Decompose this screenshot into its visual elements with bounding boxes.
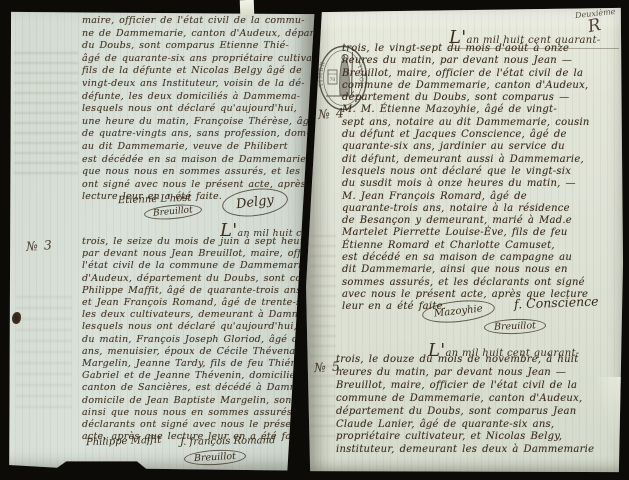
manuscript-line: M. M. Étienne Mazoyhie, âgé de vingt- [342,104,620,116]
manuscript-line: et Jean François Romand, âgé de trente-s… [82,297,322,309]
signature-breuillot: Breuillot [184,448,247,466]
manuscript-line: département du Doubs, sont comparus Jean [336,406,622,419]
manuscript-line: est décédé en sa maison de campagne au [342,252,620,264]
manuscript-line: ans, menuisier, époux de Cécile Thévenan… [82,346,322,358]
manuscript-line: dit défunt, demeurant aussi à Dammemarie… [342,154,620,166]
manuscript-line: est décédée en sa maison de Dammemarie a… [82,154,318,167]
right-page: Deuxième R TIMBRE ROYAL 70 № 4 [306,7,623,473]
page-corner-curl [597,377,623,473]
manuscript-line: Breuillot, maire, officier de l'état civ… [342,68,620,80]
manuscript-line: au dit Dammemarie, veuve de Philibert [82,141,318,154]
manuscript-line: sept ans, notaire au dit Dammemarie, cou… [342,117,620,129]
manuscript-line: ont signé avec nous le présent acte, apr… [82,179,318,192]
manuscript-line: Margelin, Jeanne Tardy, fils de feu Thié… [82,358,322,370]
manuscript-line: de Besançon y demeurant, marié à Mad.e [342,215,620,227]
manuscript-line: fils de la défunte et Nicolas Belgy âgé … [82,65,318,78]
manuscript-line: âgé de quarante-six ans propriétaire cul… [82,53,318,66]
manuscript-line: propriétaire cultivateur, et Nicolas Bel… [336,431,622,444]
manuscript-line: du matin, François Joseph Gloriod, âgé d… [82,334,322,346]
manuscript-line: quarante-trois ans, notaire à la résiden… [342,203,620,215]
svg-text:TIMBRE: TIMBRE [317,43,327,87]
signature-philippe-maffit: Philippe Maffit [86,435,162,449]
ink-blot [12,312,21,324]
manuscript-line: vingt-deux ans Instituteur, voisin de la… [82,78,318,91]
manuscript-line: canton de Sancières, est décédé à Dammem… [82,382,322,394]
act-4-text: trois, le vingt-sept du mois d'août à on… [342,43,620,314]
manuscript-line: trois, le seize du mois de juin à sept h… [82,236,322,248]
manuscript-line: domicile de Jean Baptiste Margelin, son … [82,395,322,407]
manuscript-line: une heure du matin, Françoise Thérèse, â… [82,116,318,129]
manuscript-line: M. Jean François Romard, âgé de [342,191,620,203]
signature-breuillot: Breuillot [484,318,546,335]
manuscript-line: lesquels nous ont déclaré qu'aujourd'hui… [82,103,318,116]
stamp-denomination: 70 [330,77,336,83]
manuscript-line: Martelet Pierrette Louise-Ève, fils de f… [342,227,620,239]
manuscript-line: par devant nous Jean Breuillot, maire, o… [82,248,322,260]
signature-conscience: f. Conscience [514,294,599,312]
manuscript-line: défunte, les deux domiciliés à Dammema- [82,91,318,104]
manuscript-line: instituteur, demeurant les deux à Dammem… [336,444,622,457]
manuscript-line: du susdit mois à onze heures du matin, — [342,178,620,190]
stamp-text-left: TIMBRE [317,43,327,87]
bleedthrough-ghost [14,52,78,174]
signature-breuillot: Breuillot [143,203,202,222]
manuscript-line: l'état civil de la commune de Dammemarie… [82,260,322,272]
bleedthrough-ghost [310,235,336,445]
act-number-3: № 3 [26,237,54,254]
manuscript-line: Gabriel et de Jeanne Thévenin, domicilié… [82,370,322,382]
manuscript-line: ne de Dammemarie, canton d'Audeux, dépar… [82,28,318,41]
manuscript-line: déclarants ont signé avec nous le présen… [82,419,322,431]
manuscript-line: commune de Dammemarie, canton d'Audeux, [336,393,622,406]
manuscript-line: Claude Lanier, âgé de quarante-six ans, [336,419,622,432]
manuscript-line: du Doubs, sont comparus Etienne Thié- [82,40,318,53]
manuscript-line: Breuillot, maire, officier de l'état civ… [336,380,622,393]
manuscript-line: heures du matin, par devant nous Jean — [342,55,620,67]
manuscript-line: dit Dammemarie, ainsi que nous nous en [342,264,620,276]
manuscript-line: du défunt et Jacques Conscience, âgé de [342,129,620,141]
manuscript-line: sommes assurés, et les déclarants ont si… [342,277,620,289]
binding-tab [240,0,255,15]
document-scan: maire, officier de l'état civil de la co… [0,0,629,480]
act-5-text: trois, le douze du mois de novembre, à h… [336,354,622,457]
manuscript-line: heures du matin, par devant nous Jean — [336,367,622,380]
manuscript-line: commune de Dammemarie, canton d'Audeux, [342,80,620,92]
manuscript-line: d'Audeux, département du Doubs, sont com… [82,273,322,285]
manuscript-line: département du Doubs, sont comparus — [342,92,620,104]
manuscript-line: Philippe Maffit, âgé de quarante-trois a… [82,285,322,297]
manuscript-line: lesquels nous ont déclaré que le vingt-s… [342,166,620,178]
manuscript-line: Étienne Romard et Charlotte Camuset, [342,240,620,252]
manuscript-line: les deux cultivateurs, demeurant à Damme… [82,309,322,321]
manuscript-line: ainsi que nous nous en sommes assurés ; … [82,407,322,419]
manuscript-line: maire, officier de l'état civil de la co… [82,15,318,28]
signature-francois-romand: J. françois Romand [180,435,276,448]
manuscript-line: que nous nous en sommes assurés, et les … [82,166,318,179]
manuscript-line: de quatre-vingts ans, sans profession, d… [82,128,318,141]
manuscript-line: trois, le douze du mois de novembre, à h… [336,354,622,367]
bleedthrough-ghost [16,296,72,416]
act-3-text: trois, le seize du mois de juin à sept h… [82,236,322,443]
left-page: maire, officier de l'état civil de la co… [8,10,315,471]
act-upper-text: maire, officier de l'état civil de la co… [82,15,318,204]
manuscript-line: lesquels nous ont déclaré qu'aujourd'hui… [82,321,322,333]
manuscript-line: trois, le vingt-sept du mois d'août à on… [342,43,620,55]
manuscript-line: quarante-six ans, jardinier au service d… [342,141,620,153]
